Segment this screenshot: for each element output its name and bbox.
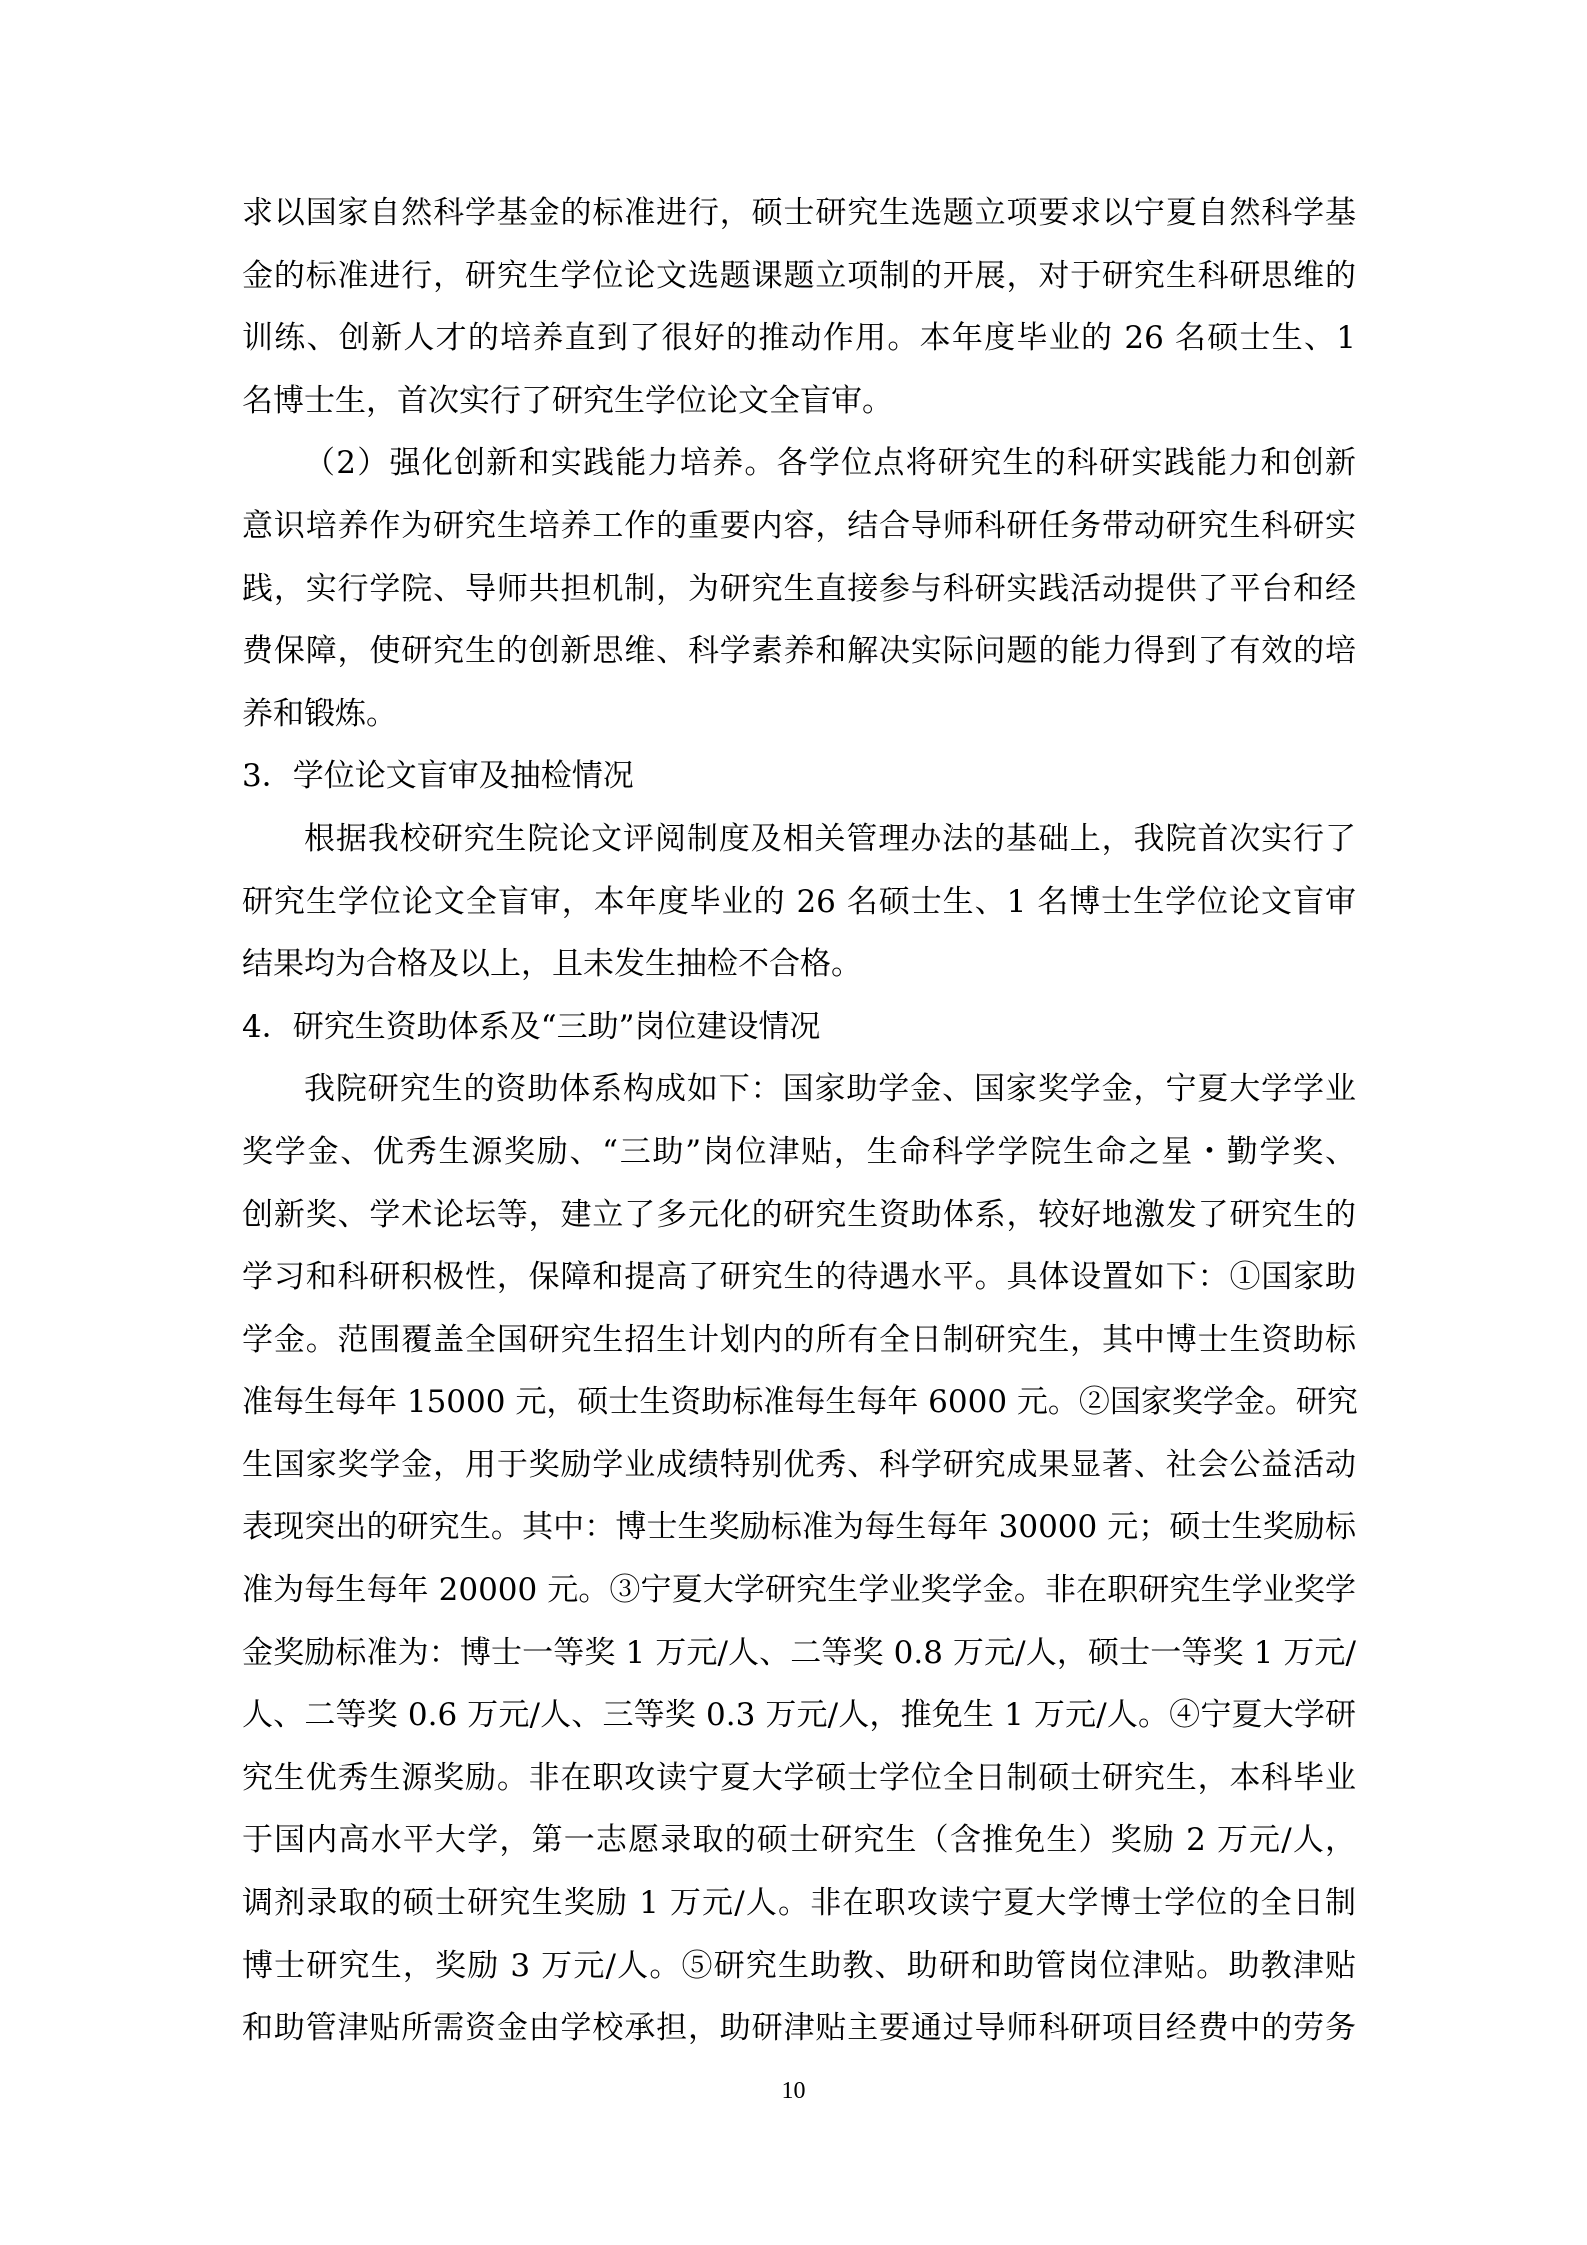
text-line: 于国内高水平大学，第一志愿录取的硕士研究生（含推免生）奖励 2 万元/人， <box>242 1809 1356 1872</box>
text-line: 准每生每年 15000 元，硕士生资助标准每生每年 6000 元。②国家奖学金。… <box>242 1371 1356 1434</box>
text-line: 准为每生每年 20000 元。③宁夏大学研究生学业奖学金。非在职研究生学业奖学 <box>242 1559 1356 1622</box>
text-line: 求以国家自然科学基金的标准进行，硕士研究生选题立项要求以宁夏自然科学基 <box>242 182 1356 245</box>
text-line: 创新奖、学术论坛等，建立了多元化的研究生资助体系，较好地激发了研究生的 <box>242 1184 1356 1247</box>
text-line: 学习和科研积极性，保障和提高了研究生的待遇水平。具体设置如下：①国家助 <box>242 1246 1356 1309</box>
text-line: 根据我校研究生院论文评阅制度及相关管理办法的基础上，我院首次实行了 <box>242 808 1356 871</box>
section-heading-funding-system: 4．研究生资助体系及“三助”岗位建设情况 <box>242 996 1356 1059</box>
section-heading-blind-review: 3．学位论文盲审及抽检情况 <box>242 745 1356 808</box>
paragraph-funding-system: 我院研究生的资助体系构成如下：国家助学金、国家奖学金，宁夏大学学业 奖学金、优秀… <box>242 1058 1356 2060</box>
text-line: 结果均为合格及以上，且未发生抽检不合格。 <box>242 933 1356 996</box>
text-line: 费保障，使研究生的创新思维、科学素养和解决实际问题的能力得到了有效的培 <box>242 620 1356 683</box>
text-line: 究生优秀生源奖励。非在职攻读宁夏大学硕士学位全日制硕士研究生，本科毕业 <box>242 1747 1356 1810</box>
page-number: 10 <box>0 2078 1587 2105</box>
text-line: 调剂录取的硕士研究生奖励 1 万元/人。非在职攻读宁夏大学博士学位的全日制 <box>242 1872 1356 1935</box>
text-line: 金的标准进行，研究生学位论文选题课题立项制的开展，对于研究生科研思维的 <box>242 245 1356 308</box>
text-line: 研究生学位论文全盲审，本年度毕业的 26 名硕士生、1 名博士生学位论文盲审 <box>242 871 1356 934</box>
text-line: 金奖励标准为：博士一等奖 1 万元/人、二等奖 0.8 万元/人，硕士一等奖 1… <box>242 1622 1356 1685</box>
text-line: 表现突出的研究生。其中：博士生奖励标准为每生每年 30000 元；硕士生奖励标 <box>242 1496 1356 1559</box>
text-line: （2）强化创新和实践能力培养。各学位点将研究生的科研实践能力和创新 <box>242 432 1356 495</box>
text-line: 博士研究生，奖励 3 万元/人。⑤研究生助教、助研和助管岗位津贴。助教津贴 <box>242 1935 1356 1998</box>
text-line: 人、二等奖 0.6 万元/人、三等奖 0.3 万元/人，推免生 1 万元/人。④… <box>242 1684 1356 1747</box>
text-line: 学金。范围覆盖全国研究生招生计划内的所有全日制研究生，其中博士生资助标 <box>242 1309 1356 1372</box>
text-line: 我院研究生的资助体系构成如下：国家助学金、国家奖学金，宁夏大学学业 <box>242 1058 1356 1121</box>
text-line: 践，实行学院、导师共担机制，为研究生直接参与科研实践活动提供了平台和经 <box>242 558 1356 621</box>
text-line: 生国家奖学金，用于奖励学业成绩特别优秀、科学研究成果显著、社会公益活动 <box>242 1434 1356 1497</box>
document-page: 求以国家自然科学基金的标准进行，硕士研究生选题立项要求以宁夏自然科学基 金的标准… <box>242 182 1356 2060</box>
text-line: 和助管津贴所需资金由学校承担，助研津贴主要通过导师科研项目经费中的劳务 <box>242 1997 1356 2060</box>
text-line: 意识培养作为研究生培养工作的重要内容，结合导师科研任务带动研究生科研实 <box>242 495 1356 558</box>
paragraph-blind-review: 根据我校研究生院论文评阅制度及相关管理办法的基础上，我院首次实行了 研究生学位论… <box>242 808 1356 996</box>
paragraph-thesis-topic-continuation: 求以国家自然科学基金的标准进行，硕士研究生选题立项要求以宁夏自然科学基 金的标准… <box>242 182 1356 432</box>
text-line: 奖学金、优秀生源奖励、“三助”岗位津贴，生命科学学院生命之星・勤学奖、 <box>242 1121 1356 1184</box>
text-line: 名博士生，首次实行了研究生学位论文全盲审。 <box>242 370 1356 433</box>
paragraph-innovation-practice: （2）强化创新和实践能力培养。各学位点将研究生的科研实践能力和创新 意识培养作为… <box>242 432 1356 745</box>
text-line: 养和锻炼。 <box>242 683 1356 746</box>
text-line: 训练、创新人才的培养直到了很好的推动作用。本年度毕业的 26 名硕士生、1 <box>242 307 1356 370</box>
